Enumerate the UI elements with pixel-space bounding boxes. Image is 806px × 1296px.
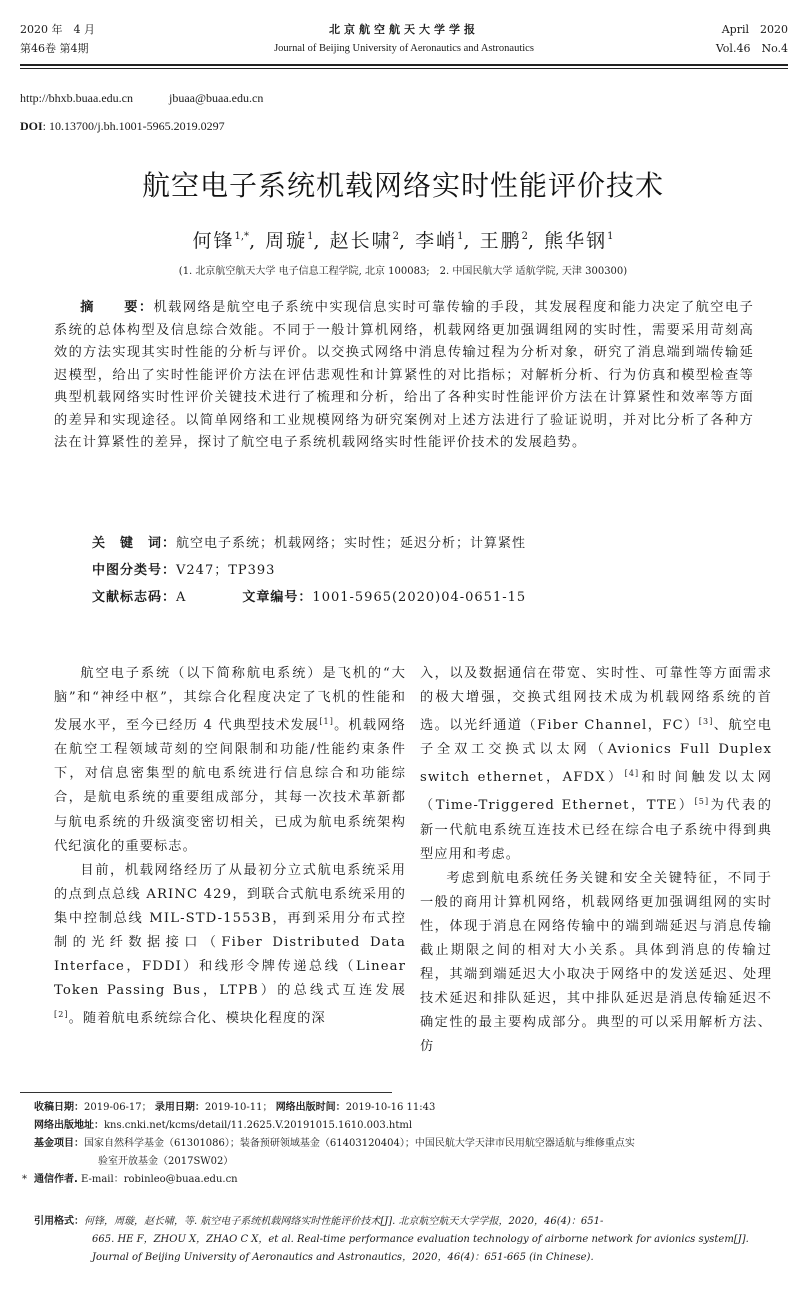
author-affil-mark: 1,*: [235, 231, 250, 242]
body-text: 目前，机载网络经历了从最初分立式航电系统采用的点到点总线 ARINC 429，到…: [54, 863, 406, 998]
citation-text: 665. HE F，ZHOU X，ZHAO C X，et al. Real-ti…: [34, 1231, 794, 1249]
document-codes: 文献标志码：A文章编号：1001-5965(2020)04-0651-15: [92, 586, 526, 605]
citation-ref[interactable]: [2]: [54, 1010, 69, 1019]
clc-text: V247；TP393: [176, 563, 275, 578]
funding-text: 国家自然科学基金（61301086）；装备预研领域基金（61403120404）…: [84, 1138, 635, 1149]
author-list: 何锋1,*, 周璇1, 赵长啸2, 李峭1, 王鹏2, 熊华钢1: [0, 226, 806, 253]
doi-line: DOI: 10.13700/j.bh.1001-5965.2019.0297: [20, 119, 225, 134]
funding-line: 基金项目：国家自然科学基金（61301086）；装备预研领域基金（6140312…: [34, 1135, 794, 1153]
citation-format: 引用格式：何锋，周璇，赵长啸，等. 航空电子系统机载网络实时性能评价技术[J].…: [34, 1213, 794, 1267]
paper-title: 航空电子系统机载网络实时性能评价技术: [0, 164, 806, 204]
body-column-left: 航空电子系统（以下简称航电系统）是飞机的“大脑”和“神经中枢”，其综合化程度决定…: [54, 662, 406, 1031]
email-link[interactable]: jbuaa@buaa.edu.cn: [169, 91, 263, 105]
journal-name-cn: 北京航空航天大学学报: [20, 20, 788, 39]
doc-code-label: 文献标志码：: [92, 590, 176, 605]
corresponding-author: *通信作者. E-mail：robinleo@buaa.edu.cn: [34, 1171, 794, 1189]
doi-label: DOI: [20, 119, 43, 133]
affiliations: (1. 北京航空航天大学 电子信息工程学院, 北京 100083; 2. 中国民…: [0, 262, 806, 277]
online-url-line: 网络出版地址：kns.cnki.net/kcms/detail/11.2625.…: [34, 1117, 794, 1135]
corr-email[interactable]: E-mail：robinleo@buaa.edu.cn: [81, 1174, 238, 1185]
citation-text: Journal of Beijing University of Aeronau…: [34, 1249, 794, 1267]
article-no-text: 1001-5965(2020)04-0651-15: [312, 590, 526, 605]
keywords-label: 关 键 词：: [92, 536, 176, 551]
online-date: 2019-10-16 11:43: [346, 1102, 436, 1113]
citation-ref[interactable]: [4]: [625, 769, 640, 778]
author-affil-mark: 1: [457, 231, 463, 242]
citation-text: 何锋，周璇，赵长啸，等. 航空电子系统机载网络实时性能评价技术[J]. 北京航空…: [84, 1216, 603, 1227]
asterisk-icon: *: [22, 1171, 27, 1189]
author-affil-mark: 2: [393, 231, 399, 242]
issue-date-en: April 2020: [722, 20, 788, 39]
clc-label: 中图分类号：: [92, 563, 176, 578]
online-label: 网络出版时间：: [276, 1102, 346, 1113]
article-no-label: 文章编号：: [242, 590, 312, 605]
doc-code-text: A: [176, 590, 186, 605]
citation-ref[interactable]: [5]: [695, 797, 710, 806]
footnote-divider: [20, 1092, 392, 1093]
body-paragraph: 考虑到航电系统任务关键和安全关键特征，不同于一般的商用计算机网络，机载网络更加强…: [420, 867, 772, 1060]
author: 何锋: [193, 230, 235, 252]
body-paragraph: 入，以及数据通信在带宽、实时性、可靠性等方面需求的极大增强，交换式组网技术成为机…: [420, 662, 772, 867]
citation-ref[interactable]: [1]: [319, 717, 334, 726]
body-text: 。随着航电系统综合化、模块化程度的深: [69, 1011, 326, 1026]
online-url-label: 网络出版地址：: [34, 1120, 104, 1131]
body-paragraph: 航空电子系统（以下简称航电系统）是飞机的“大脑”和“神经中枢”，其综合化程度决定…: [54, 662, 406, 859]
received-label: 收稿日期：: [34, 1102, 84, 1113]
header-divider: [20, 64, 788, 69]
doi-value[interactable]: 10.13700/j.bh.1001-5965.2019.0297: [49, 119, 225, 133]
website-link[interactable]: http://bhxb.buaa.edu.cn: [20, 91, 133, 105]
author: 赵长啸: [330, 230, 393, 252]
abstract-text: 机载网络是航空电子系统中实现信息实时可靠传输的手段，其发展程度和能力决定了航空电…: [54, 300, 754, 450]
running-header: 2020 年 4 月 北京航空航天大学学报 April 2020 第46卷 第4…: [20, 20, 788, 62]
received-date: 2019-06-17；: [84, 1102, 152, 1113]
keywords-text: 航空电子系统；机载网络；实时性；延迟分析；计算紧性: [176, 536, 526, 551]
volume-issue-en: Vol.46 No.4: [716, 39, 788, 58]
corr-label: 通信作者.: [34, 1174, 78, 1185]
accepted-label: 录用日期：: [155, 1102, 205, 1113]
author-affil-mark: 1: [307, 231, 313, 242]
keywords: 关 键 词：航空电子系统；机载网络；实时性；延迟分析；计算紧性: [92, 532, 526, 551]
clc-number: 中图分类号：V247；TP393: [92, 559, 275, 578]
author: 熊华钢: [544, 230, 607, 252]
online-url[interactable]: kns.cnki.net/kcms/detail/11.2625.V.20191…: [104, 1120, 412, 1131]
author: 周璇: [265, 230, 307, 252]
body-text: 。机载网络在航空工程领域苛刻的空间限制和功能/性能约束条件下，对信息密集型的航电…: [54, 718, 406, 853]
citation-label: 引用格式：: [34, 1216, 84, 1227]
author: 李峭: [415, 230, 457, 252]
funding-label: 基金项目：: [34, 1138, 84, 1149]
journal-name-en: Journal of Beijing University of Aeronau…: [20, 39, 788, 58]
author-affil-mark: 2: [522, 231, 528, 242]
citation-ref[interactable]: [3]: [699, 717, 714, 726]
body-paragraph: 目前，机载网络经历了从最初分立式航电系统采用的点到点总线 ARINC 429，到…: [54, 859, 406, 1032]
abstract: 摘 要：机载网络是航空电子系统中实现信息实时可靠传输的手段，其发展程度和能力决定…: [54, 297, 754, 455]
body-column-right: 入，以及数据通信在带宽、实时性、可靠性等方面需求的极大增强，交换式组网技术成为机…: [420, 662, 772, 1060]
funding-line-cont: 验室开放基金（2017SW02）: [34, 1153, 794, 1171]
author-affil-mark: 1: [607, 231, 613, 242]
abstract-label: 摘 要：: [80, 300, 154, 315]
accepted-date: 2019-10-11；: [205, 1102, 273, 1113]
dates-line: 收稿日期：2019-06-17； 录用日期：2019-10-11； 网络出版时间…: [34, 1099, 794, 1117]
author: 王鹏: [480, 230, 522, 252]
footnotes: 收稿日期：2019-06-17； 录用日期：2019-10-11； 网络出版时间…: [34, 1099, 794, 1189]
journal-links: http://bhxb.buaa.edu.cnjbuaa@buaa.edu.cn: [20, 91, 263, 106]
